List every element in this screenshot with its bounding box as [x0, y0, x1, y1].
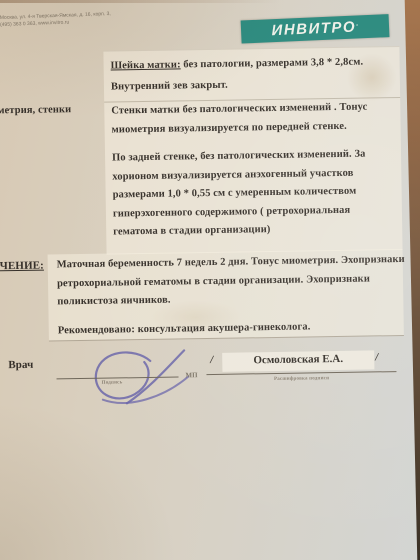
row-label-myometrium: метрия, стенки — [0, 104, 71, 116]
trademark-icon: ° — [356, 24, 359, 30]
invitro-logo: ИНВИТРО° — [241, 14, 390, 43]
stamp-place-label: МП — [185, 371, 197, 379]
internal-os-line: Внутренний зев закрыт. — [111, 80, 228, 93]
paper-top-edge — [0, 0, 280, 3]
posterior-wall-line: гематома в стадии организации) — [113, 223, 367, 246]
conclusion-paragraph: Маточная беременность 7 недель 2 дня. То… — [57, 254, 406, 315]
paper-sheet: Москва, ул. 4-я Тверская-Ямская, д. 16, … — [0, 0, 420, 560]
name-slash-left: / — [210, 354, 213, 366]
signature-caption: Подпись — [102, 380, 123, 385]
uterus-walls-paragraph: Стенки матки без патологических изменени… — [111, 102, 368, 144]
name-caption: Расшифровка подписи — [235, 376, 369, 383]
uterus-walls-line: миометрия визуализируется по передней ст… — [112, 121, 368, 144]
doctor-name: Осмоловская Е.А. — [222, 352, 374, 366]
doctor-name-field: Осмоловская Е.А. — [222, 350, 374, 371]
cervix-label: Шейка матки: — [111, 59, 181, 71]
doctor-name-line — [206, 371, 396, 375]
posterior-wall-paragraph: По задней стенке, без патологических изм… — [112, 149, 367, 246]
lab-address: Москва, ул. 4-я Тверская-Ямская, д. 16, … — [0, 9, 170, 28]
invitro-logo-text: ИНВИТРО — [271, 19, 356, 40]
name-slash-right: / — [375, 351, 378, 363]
row-label-conclusion: ЧЕНИЕ: — [0, 260, 44, 273]
document-photo: Москва, ул. 4-я Тверская-Ямская, д. 16, … — [0, 0, 420, 560]
doctor-label: Врач — [8, 359, 33, 371]
